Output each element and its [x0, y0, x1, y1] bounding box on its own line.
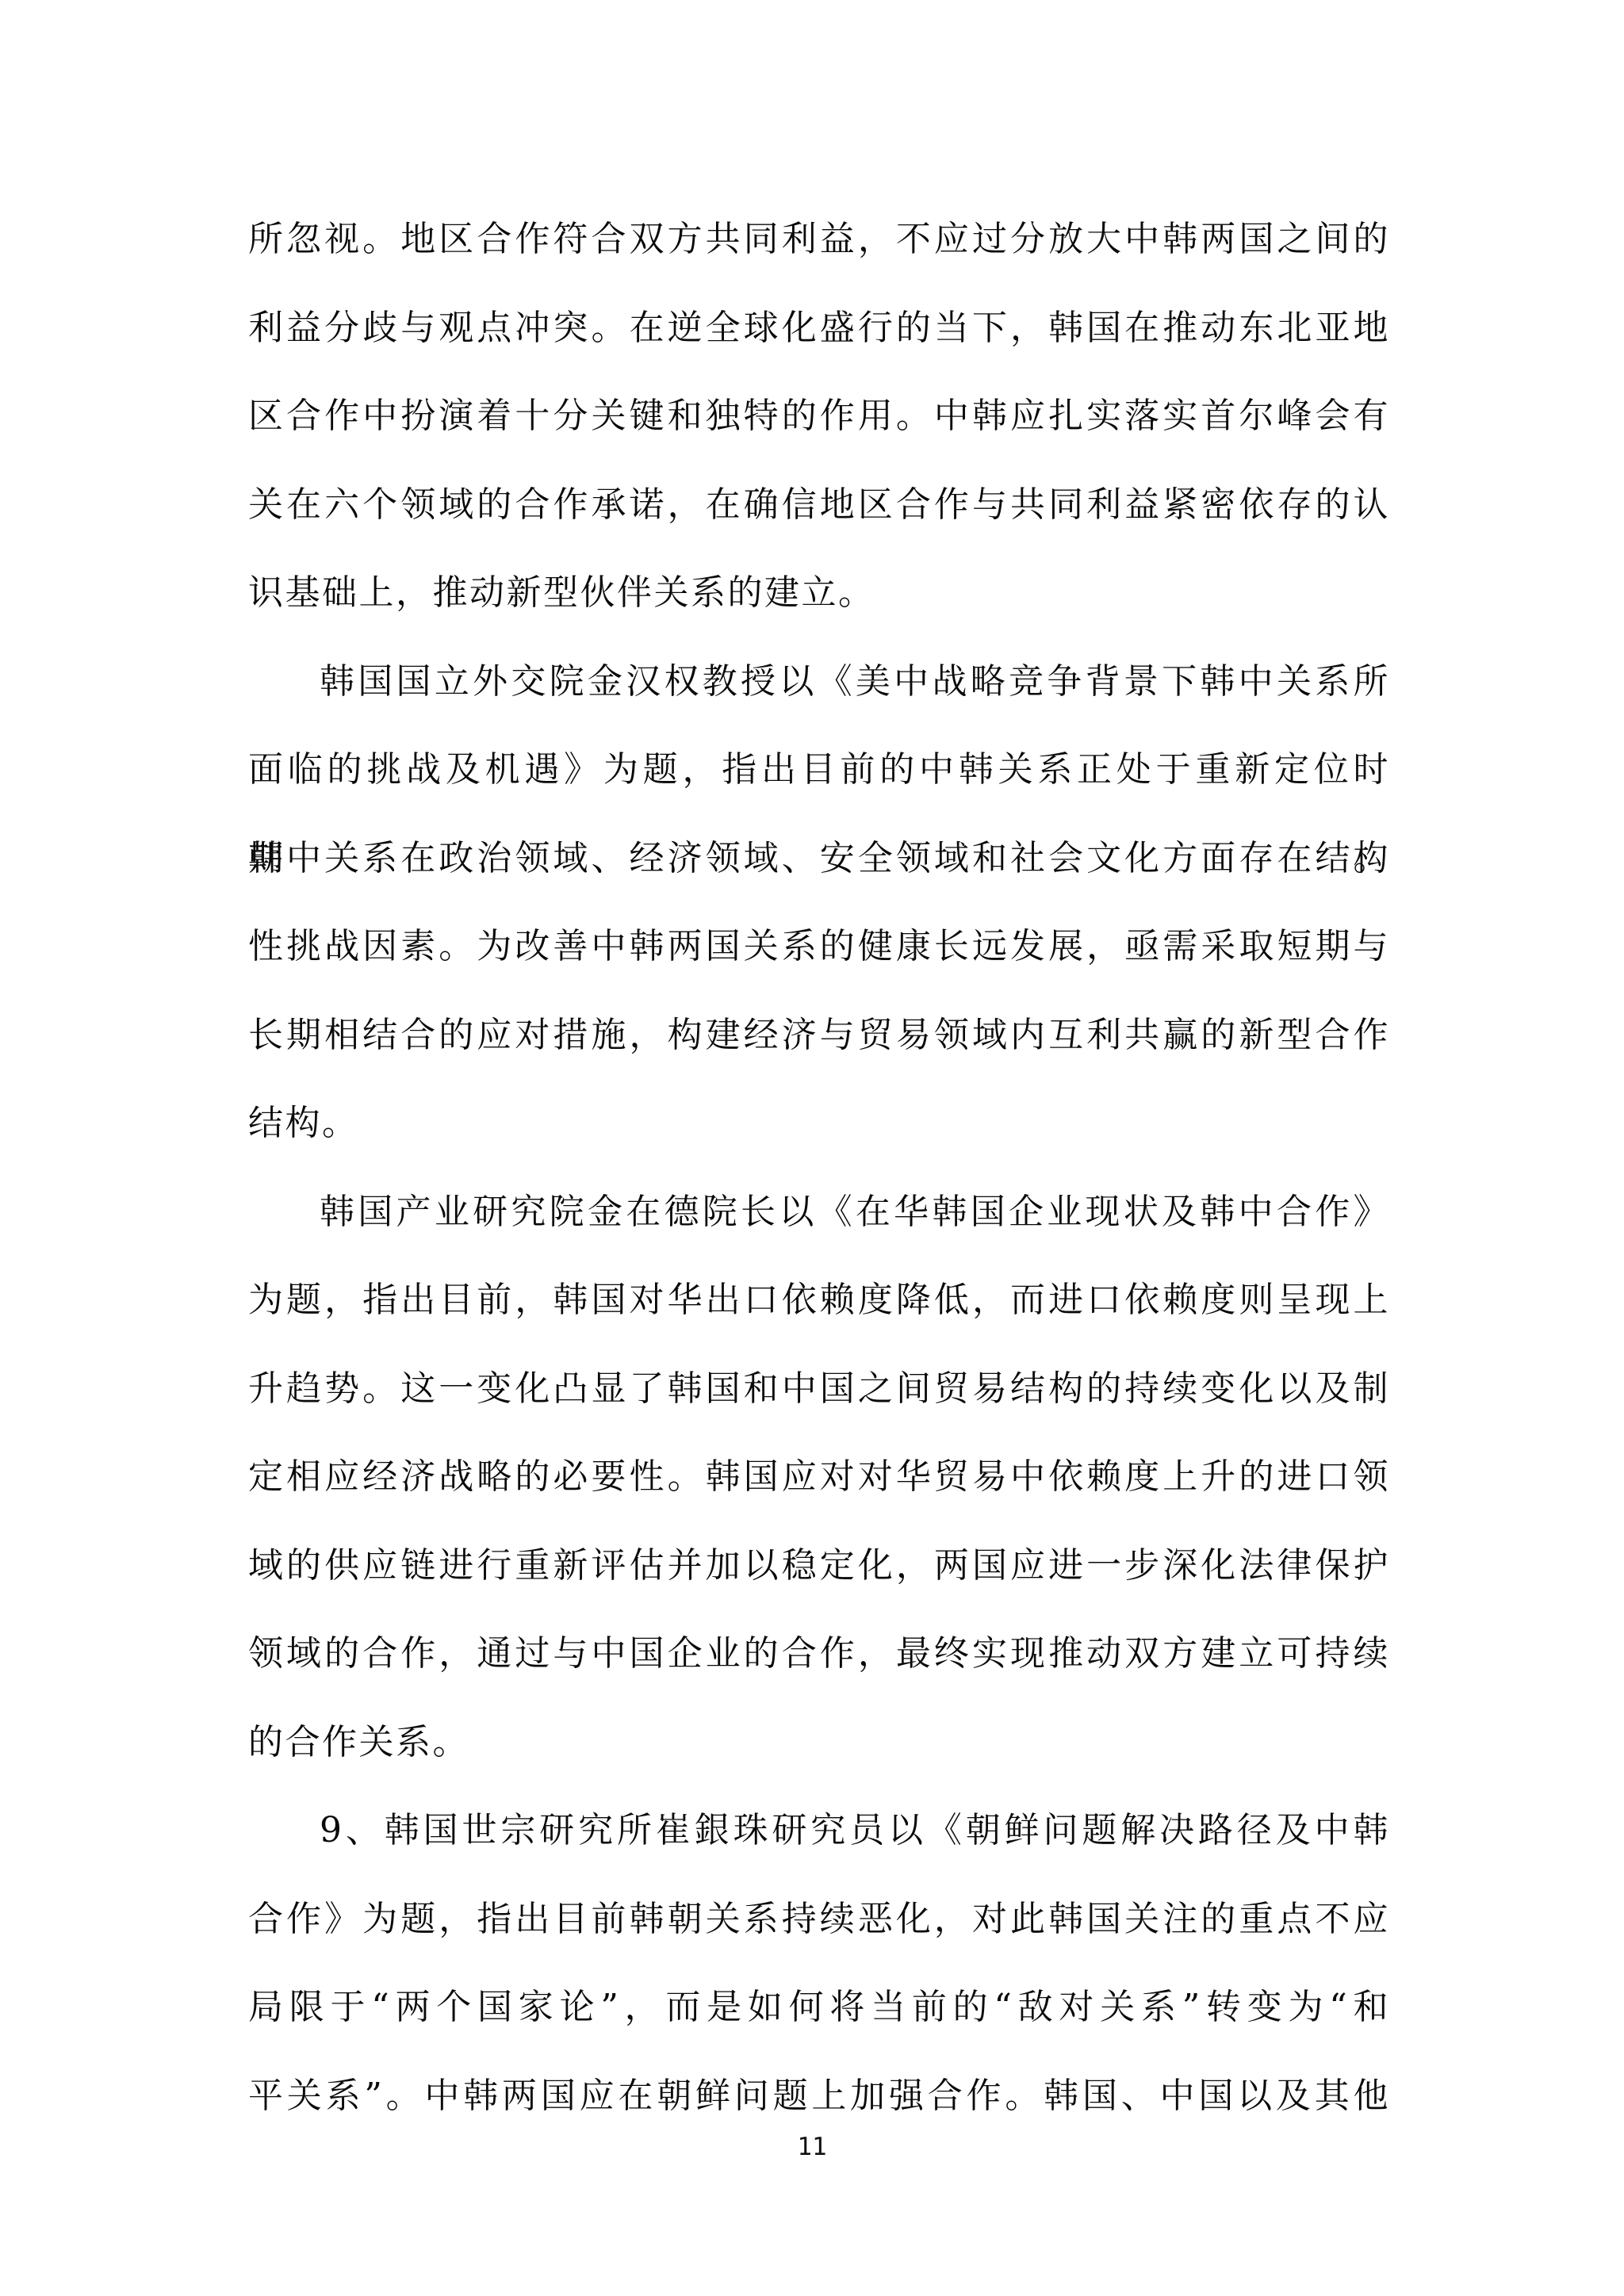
text-line: 所忽视。地区合作符合双方共同利益，不应过分放大中韩两国之间的 — [248, 195, 1390, 284]
text-line: 域的供应链进行重新评估并加以稳定化，两国应进一步深化法律保护 — [248, 1521, 1390, 1610]
text-line: 定相应经济战略的必要性。韩国应对对华贸易中依赖度上升的进口领 — [248, 1433, 1390, 1521]
text-line: 韩中关系在政治领域、经济领域、安全领域和社会文化方面存在结构 — [248, 814, 1390, 903]
page-number: 11 — [797, 2133, 826, 2161]
page-footer: 11 — [0, 2133, 1624, 2161]
text-line: 性挑战因素。为改善中韩两国关系的健康长远发展，亟需采取短期与 — [248, 902, 1390, 991]
text-line: 关在六个领域的合作承诺，在确信地区合作与共同利益紧密依存的认 — [248, 461, 1390, 549]
document-body: 所忽视。地区合作符合双方共同利益，不应过分放大中韩两国之间的利益分歧与观点冲突。… — [248, 195, 1390, 2140]
text-line: 升趋势。这一变化凸显了韩国和中国之间贸易结构的持续变化以及制 — [248, 1345, 1390, 1433]
text-line: 的合作关系。 — [248, 1698, 1390, 1787]
text-line: 韩国产业研究院金在德院长以《在华韩国企业现状及韩中合作》 — [248, 1168, 1390, 1257]
text-line: 区合作中扮演着十分关键和独特的作用。中韩应扎实落实首尔峰会有 — [248, 372, 1390, 461]
text-line: 结构。 — [248, 1079, 1390, 1168]
document-page: 所忽视。地区合作符合双方共同利益，不应过分放大中韩两国之间的利益分歧与观点冲突。… — [0, 0, 1624, 2296]
text-line: 平关系”。中韩两国应在朝鲜问题上加强合作。韩国、中国以及其他 — [248, 2052, 1390, 2141]
text-line: 面临的挑战及机遇》为题，指出目前的中韩关系正处于重新定位时期。 — [248, 725, 1390, 814]
text-line: 合作》为题，指出目前韩朝关系持续恶化，对此韩国关注的重点不应 — [248, 1875, 1390, 1964]
text-line: 局限于“两个国家论”，而是如何将当前的“敌对关系”转变为“和 — [248, 1963, 1390, 2052]
text-line: 领域的合作，通过与中国企业的合作，最终实现推动双方建立可持续 — [248, 1609, 1390, 1698]
text-line: 9、韩国世宗研究所崔銀珠研究员以《朝鲜问题解决路径及中韩 — [248, 1786, 1390, 1875]
text-line: 韩国国立外交院金汉权教授以《美中战略竞争背景下韩中关系所 — [248, 637, 1390, 726]
text-line: 利益分歧与观点冲突。在逆全球化盛行的当下，韩国在推动东北亚地 — [248, 284, 1390, 373]
text-line: 为题，指出目前，韩国对华出口依赖度降低，而进口依赖度则呈现上 — [248, 1256, 1390, 1345]
text-line: 长期相结合的应对措施，构建经济与贸易领域内互利共赢的新型合作 — [248, 991, 1390, 1080]
text-line: 识基础上，推动新型伙伴关系的建立。 — [248, 549, 1390, 637]
